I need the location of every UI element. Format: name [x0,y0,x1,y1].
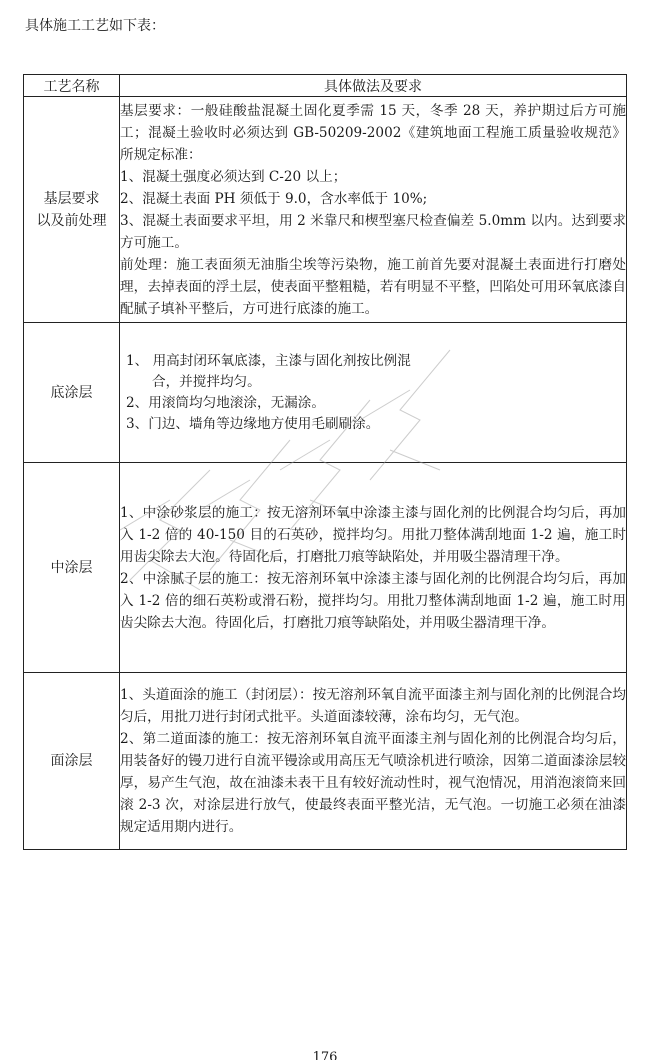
table-row: 面涂层 1、头道面涂的施工（封闭层）：按无溶剂环氧自流平面漆主剂与固化剂的比例混… [24,673,627,850]
table-header-row: 工艺名称 具体做法及要求 [24,75,627,97]
description-paragraph: 1、头道面涂的施工（封闭层）：按无溶剂环氧自流平面漆主剂与固化剂的比例混合均匀后… [120,684,626,728]
process-description-cell: 1、中涂砂浆层的施工：按无溶剂环氧中涂漆主漆与固化剂的比例混合均匀后，再加入 1… [120,463,627,673]
description-paragraph: 合，并搅拌均匀。 [126,372,626,393]
description-paragraph: 3、混凝土表面要求平坦，用 2 米靠尺和楔型塞尺检查偏差 5.0mm 以内。达到… [120,210,626,254]
table-row: 中涂层 1、中涂砂浆层的施工：按无溶剂环氧中涂漆主漆与固化剂的比例混合均匀后，再… [24,463,627,673]
description-paragraph: 1、 用高封闭环氧底漆，主漆与固化剂按比例混 [126,351,626,372]
description-paragraph: 3、门边、墙角等边缘地方使用毛刷刷涂。 [126,414,626,435]
process-description-cell: 基层要求：一般硅酸盐混凝土固化夏季需 15 天，冬季 28 天，养护期过后方可施… [120,97,627,323]
process-description-cell: 1、 用高封闭环氧底漆，主漆与固化剂按比例混 合，并搅拌均匀。 2、用滚筒均匀地… [120,323,627,463]
description-paragraph: 2、第二道面漆的施工：按无溶剂环氧自流平面漆主剂与固化剂的比例混合均匀后，用装备… [120,728,626,838]
header-method-requirements: 具体做法及要求 [120,75,627,97]
process-name-cell: 中涂层 [24,463,120,673]
description-paragraph: 2、混凝土表面 PH 须低于 9.0，含水率低于 10%; [120,188,626,210]
process-description-cell: 1、头道面涂的施工（封闭层）：按无溶剂环氧自流平面漆主剂与固化剂的比例混合均匀后… [120,673,627,850]
table-row: 底涂层 1、 用高封闭环氧底漆，主漆与固化剂按比例混 合，并搅拌均匀。 2、用滚… [24,323,627,463]
description-paragraph: 2、中涂腻子层的施工：按无溶剂环氧中涂漆主漆与固化剂的比例混合均匀后，再加入 1… [120,568,626,634]
description-paragraph: 2、用滚筒均匀地滚涂，无漏涂。 [126,393,626,414]
process-name-cell: 底涂层 [24,323,120,463]
description-paragraph: 1、混凝土强度必须达到 C-20 以上； [120,166,626,188]
page-number: 176 [0,1050,650,1060]
process-name-line: 以及前处理 [24,210,119,232]
description-paragraph: 1、中涂砂浆层的施工：按无溶剂环氧中涂漆主漆与固化剂的比例混合均匀后，再加入 1… [120,502,626,568]
description-paragraph: 基层要求：一般硅酸盐混凝土固化夏季需 15 天，冬季 28 天，养护期过后方可施… [120,100,626,166]
construction-process-table: 工艺名称 具体做法及要求 基层要求 以及前处理 基层要求：一般硅酸盐混凝土固化夏… [23,74,627,850]
process-name-line: 基层要求 [24,188,119,210]
intro-text: 具体施工工艺如下表： [25,16,165,36]
description-paragraph: 前处理：施工表面须无油脂尘埃等污染物，施工前首先要对混凝土表面进行打磨处理，去掉… [120,254,626,320]
process-name-cell: 面涂层 [24,673,120,850]
table-row: 基层要求 以及前处理 基层要求：一般硅酸盐混凝土固化夏季需 15 天，冬季 28… [24,97,627,323]
process-name-cell: 基层要求 以及前处理 [24,97,120,323]
header-process-name: 工艺名称 [24,75,120,97]
